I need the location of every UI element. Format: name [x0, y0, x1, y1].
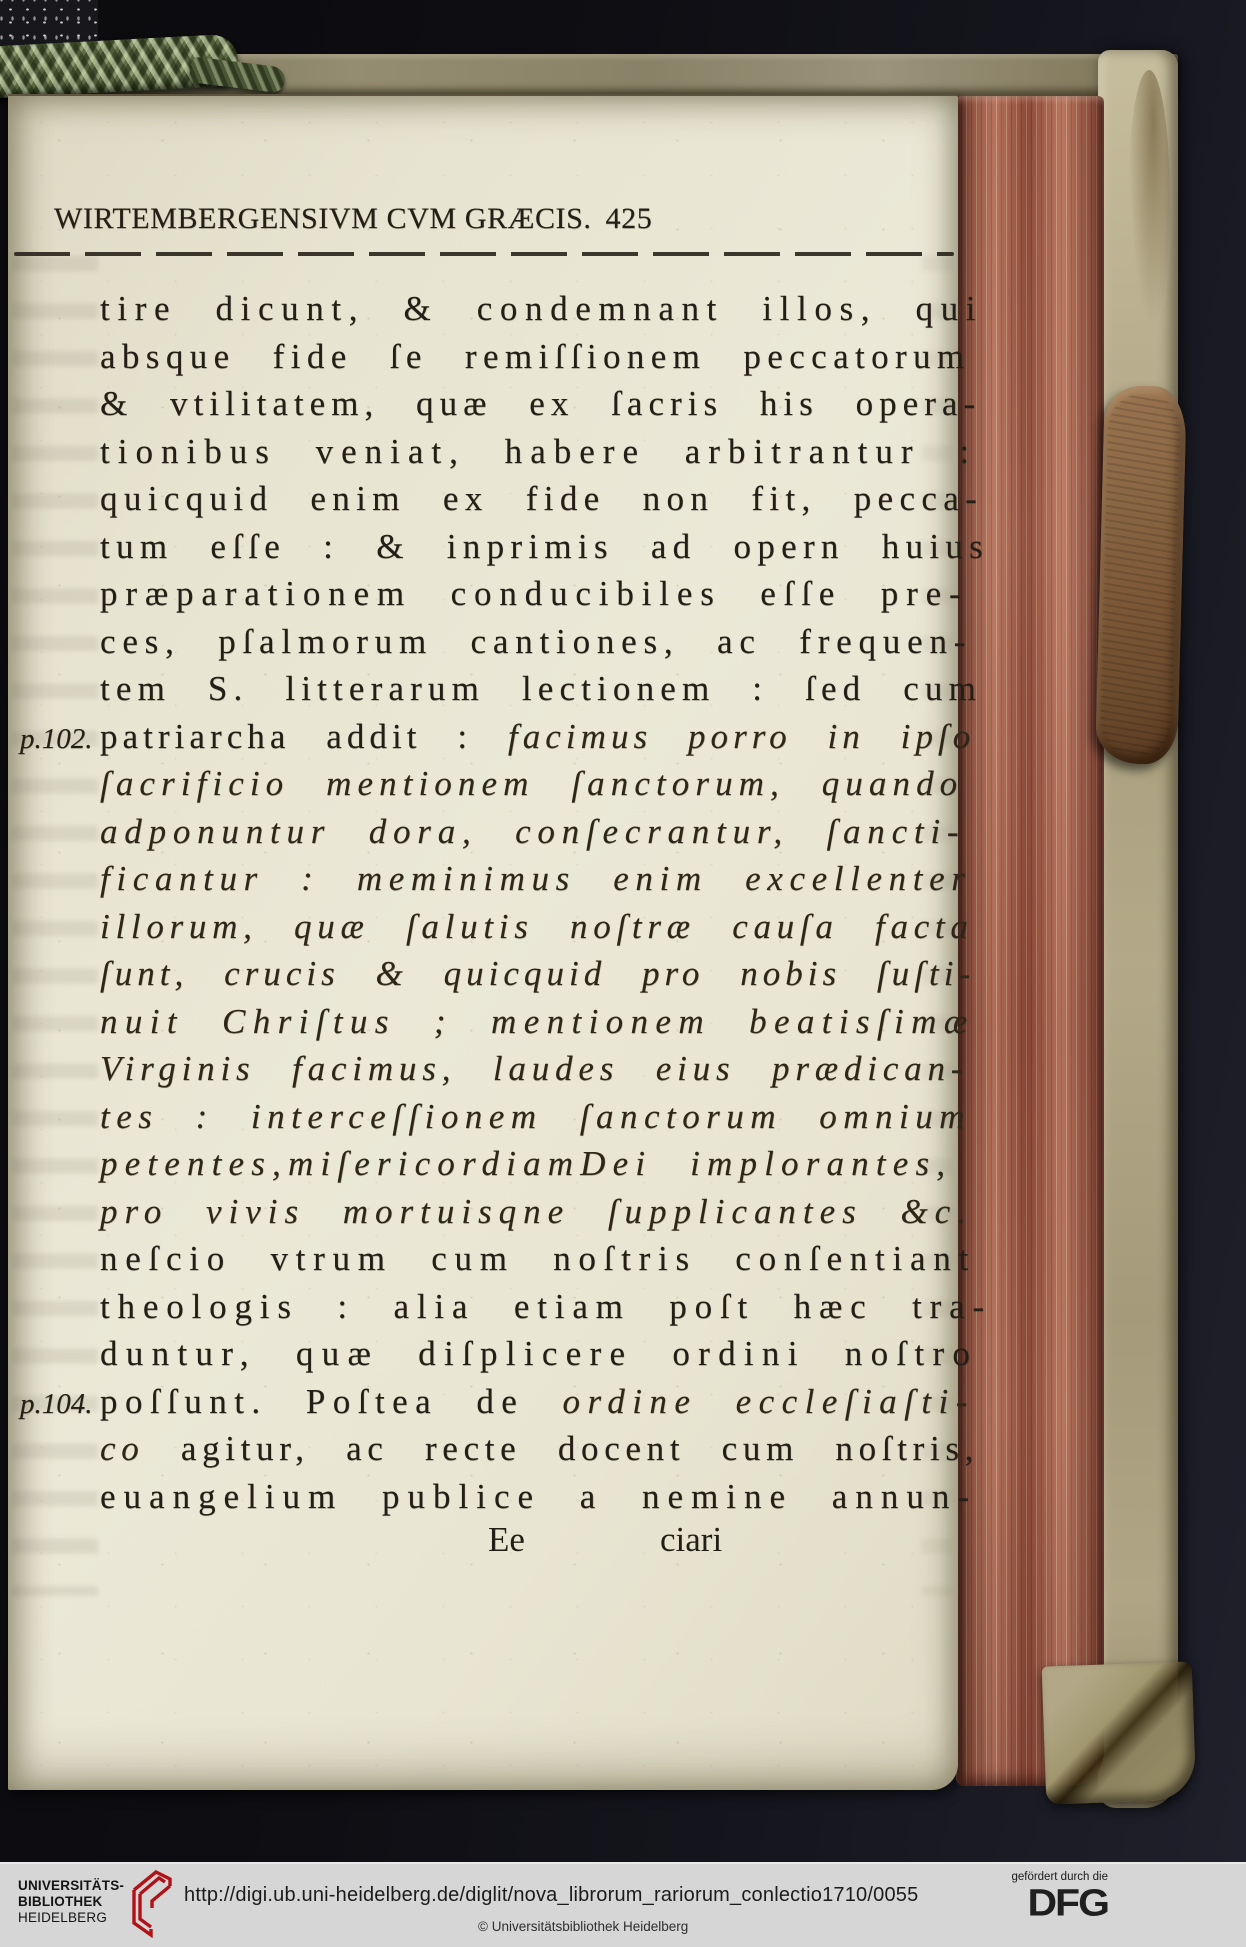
ub-heidelberg-logo-icon [124, 1868, 178, 1938]
text-line: co agitur, ac recte docent cum noſtris, [100, 1425, 945, 1473]
text-line: tum eſſe : & inprimis ad opern huius [100, 523, 945, 571]
text-line: præparationem conducibiles eſſe pre- [100, 570, 945, 618]
signature-line: Ee ciari [100, 1520, 945, 1568]
screenshot-root: WIRTEMBERGENSIVM CVM GRÆCIS.425 tire dic… [0, 0, 1246, 1947]
header-rule [14, 252, 954, 256]
margin-page-ref: p.104. [20, 1381, 93, 1429]
text-line: & vtilitatem, quæ ex ſacris his opera- [100, 380, 945, 428]
margin-page-ref: p.102. [20, 716, 93, 764]
text-line: ces, pſalmorum cantiones, ac frequen- [100, 618, 945, 666]
funder-block: gefördert durch die DFG [1002, 1871, 1108, 1925]
text-line: Virginis facimus, laudes eius prædican- [100, 1045, 945, 1093]
text-line: tem S. litterarum lectionem : ſed cum [100, 665, 945, 713]
viewer-footer: UNIVERSITÄTS- BIBLIOTHEK HEIDELBERG http… [0, 1862, 1246, 1947]
running-head: WIRTEMBERGENSIVM CVM GRÆCIS.425 [54, 202, 934, 236]
text-line: duntur, quæ diſplicere ordini noſtro [100, 1330, 945, 1378]
text-line: illorum, quæ ſalutis noſtræ cauſa facta [100, 903, 945, 951]
page-number: 425 [606, 202, 653, 235]
text-line: adponuntur dora, conſecrantur, ſancti- [100, 808, 945, 856]
red-fore-edge [956, 96, 1104, 1786]
gathering-signature: Ee [488, 1520, 525, 1560]
text-line: p.104.poſſunt. Poſtea de ordine eccleſia… [100, 1378, 945, 1426]
text-line: quicquid enim ex fide non fit, pecca- [100, 475, 945, 523]
library-name-line1: UNIVERSITÄTS- [18, 1878, 124, 1894]
running-head-title: WIRTEMBERGENSIVM CVM GRÆCIS. [54, 202, 592, 235]
copyright-note: © Universitätsbibliothek Heidelberg [478, 1919, 688, 1934]
library-name-line2: BIBLIOTHEK [18, 1894, 124, 1910]
vellum-bottom-corner [1042, 1661, 1197, 1804]
leather-tear-texture [1099, 394, 1180, 756]
text-line: ſunt, crucis & quicquid pro nobis ſuſti- [100, 950, 945, 998]
vellum-stain [1128, 70, 1170, 330]
text-line: tire dicunt, & condemnant illos, qui [100, 285, 945, 333]
text-line: theologis : alia etiam poſt hæc tra- [100, 1283, 945, 1331]
text-line: tes : interceſſionem ſanctorum omnium [100, 1093, 945, 1141]
text-line: neſcio vtrum cum noſtris conſentiant [100, 1235, 945, 1283]
book-page: WIRTEMBERGENSIVM CVM GRÆCIS.425 tire dic… [8, 94, 958, 1790]
text-line: pro vivis mortuisqne ſupplicantes &c. [100, 1188, 945, 1236]
source-url: http://digi.ub.uni-heidelberg.de/diglit/… [184, 1884, 918, 1907]
library-name-line3: HEIDELBERG [18, 1910, 124, 1926]
text-line: nuit Chriſtus ; mentionem beatisſimæ [100, 998, 945, 1046]
library-name: UNIVERSITÄTS- BIBLIOTHEK HEIDELBERG [18, 1878, 124, 1926]
catchword: ciari [660, 1520, 722, 1560]
text-block: tire dicunt, & condemnant illos, quiabsq… [100, 285, 945, 1520]
dfg-logo: DFG [1002, 1884, 1108, 1922]
text-line: petentes,miſericordiamDei implorantes, [100, 1140, 945, 1188]
book-photo: WIRTEMBERGENSIVM CVM GRÆCIS.425 tire dic… [0, 0, 1246, 1862]
text-line: ſacrificio mentionem ſanctorum, quando [100, 760, 945, 808]
text-line: euangelium publice a nemine annun- [100, 1473, 945, 1521]
text-line: p.102.patriarcha addit : facimus porro i… [100, 713, 945, 761]
text-line: ficantur : meminimus enim excellenter [100, 855, 945, 903]
text-line: absque fide ſe remiſſionem peccatorum [100, 333, 945, 381]
text-line: tionibus veniat, habere arbitrantur : [100, 428, 945, 476]
